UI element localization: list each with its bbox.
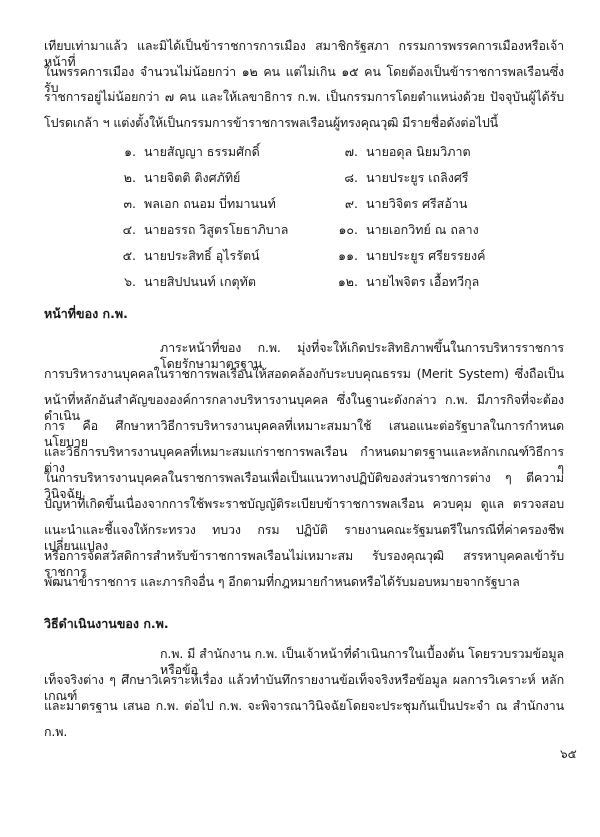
member-name: นายอรรถ วิสูตรโยธาภิบาล [144, 222, 288, 237]
member-item: ๕.นายประสิทธิ์ อุไรรัตน์ [110, 248, 260, 264]
intro-line-4: โปรดเกล้า ฯ แต่งตั้งให้เป็นกรรมการข้าราช… [44, 115, 564, 131]
member-number: ๑๐. [332, 222, 358, 238]
member-item: ๑๐.นายเอกวิทย์ ณ ถลาง [332, 222, 479, 238]
member-item: ๓.พลเอก ถนอม บี่ทมานนท์ [110, 196, 276, 212]
member-number: ๗. [332, 144, 358, 160]
member-number: ๘. [332, 170, 358, 186]
member-name: นายประยูร ศรียรรยงค์ [366, 248, 485, 263]
member-number: ๑๑. [332, 248, 358, 264]
member-name: นายอดุล นิยมวิภาต [366, 144, 471, 159]
member-item: ๒.นายจิตติ ติงศภัทิย์ [110, 170, 240, 186]
duties-line: การบริหารงานบุคคลในราชการพลเรือนให้สอดคล… [44, 366, 564, 382]
document-page: เทียบเท่ามาแล้ว และมิได้เป็นข้าราชการการ… [0, 0, 600, 837]
member-number: ๑๒. [332, 274, 358, 290]
member-number: ๑. [110, 144, 136, 160]
member-item: ๑.นายสัญญา ธรรมศักดิ์ [110, 144, 260, 160]
member-name: นายไพจิตร เอื้อทวีกุล [366, 274, 479, 289]
member-item: ๑๒.นายไพจิตร เอื้อทวีกุล [332, 274, 479, 290]
procedure-line: และมาตรฐาน เสนอ ก.พ. ต่อไป ก.พ. จะพิจารณ… [44, 698, 564, 714]
member-item: ๖.นายสิปปนนท์ เกตุทัต [110, 274, 256, 290]
member-name: นายจิตติ ติงศภัทิย์ [144, 170, 240, 185]
intro-line-3: ราชการอยู่ไม่น้อยกว่า ๗ คน และให้เลขาธิก… [44, 89, 564, 105]
member-item: ๙.นายวิจิตร ศรีสอ้าน [332, 196, 467, 212]
member-item: ๔.นายอรรถ วิสูตรโยธาภิบาล [110, 222, 288, 238]
member-number: ๖. [110, 274, 136, 290]
member-number: ๒. [110, 170, 136, 186]
member-number: ๓. [110, 196, 136, 212]
page-number: ๖๕ [560, 747, 577, 761]
member-name: นายสัญญา ธรรมศักดิ์ [144, 144, 260, 159]
section-heading-procedure: วิธีดำเนินงานของ ก.พ. [44, 616, 169, 632]
member-name: นายเอกวิทย์ ณ ถลาง [366, 222, 479, 237]
member-item: ๗.นายอดุล นิยมวิภาต [332, 144, 471, 160]
member-name: นายสิปปนนท์ เกตุทัต [144, 274, 256, 289]
duties-line-last: พัฒนาข้าราชการ และภารกิจอื่น ๆ อีกตามที่… [44, 574, 564, 590]
section-heading-duties: หน้าที่ของ ก.พ. [44, 306, 128, 322]
member-item: ๑๑.นายประยูร ศรียรรยงค์ [332, 248, 485, 264]
procedure-line-last: ก.พ. [44, 724, 564, 740]
member-item: ๘.นายประยูร เถลิงศรี [332, 170, 469, 186]
member-number: ๕. [110, 248, 136, 264]
member-number: ๔. [110, 222, 136, 238]
member-name: นายประสิทธิ์ อุไรรัตน์ [144, 248, 260, 263]
member-name: นายวิจิตร ศรีสอ้าน [366, 196, 467, 211]
duties-line: ปัญหาที่เกิดขึ้นเนื่องจากการใช้พระราชบัญ… [44, 496, 564, 512]
member-name: พลเอก ถนอม บี่ทมานนท์ [144, 196, 276, 211]
member-name: นายประยูร เถลิงศรี [366, 170, 469, 185]
member-number: ๙. [332, 196, 358, 212]
